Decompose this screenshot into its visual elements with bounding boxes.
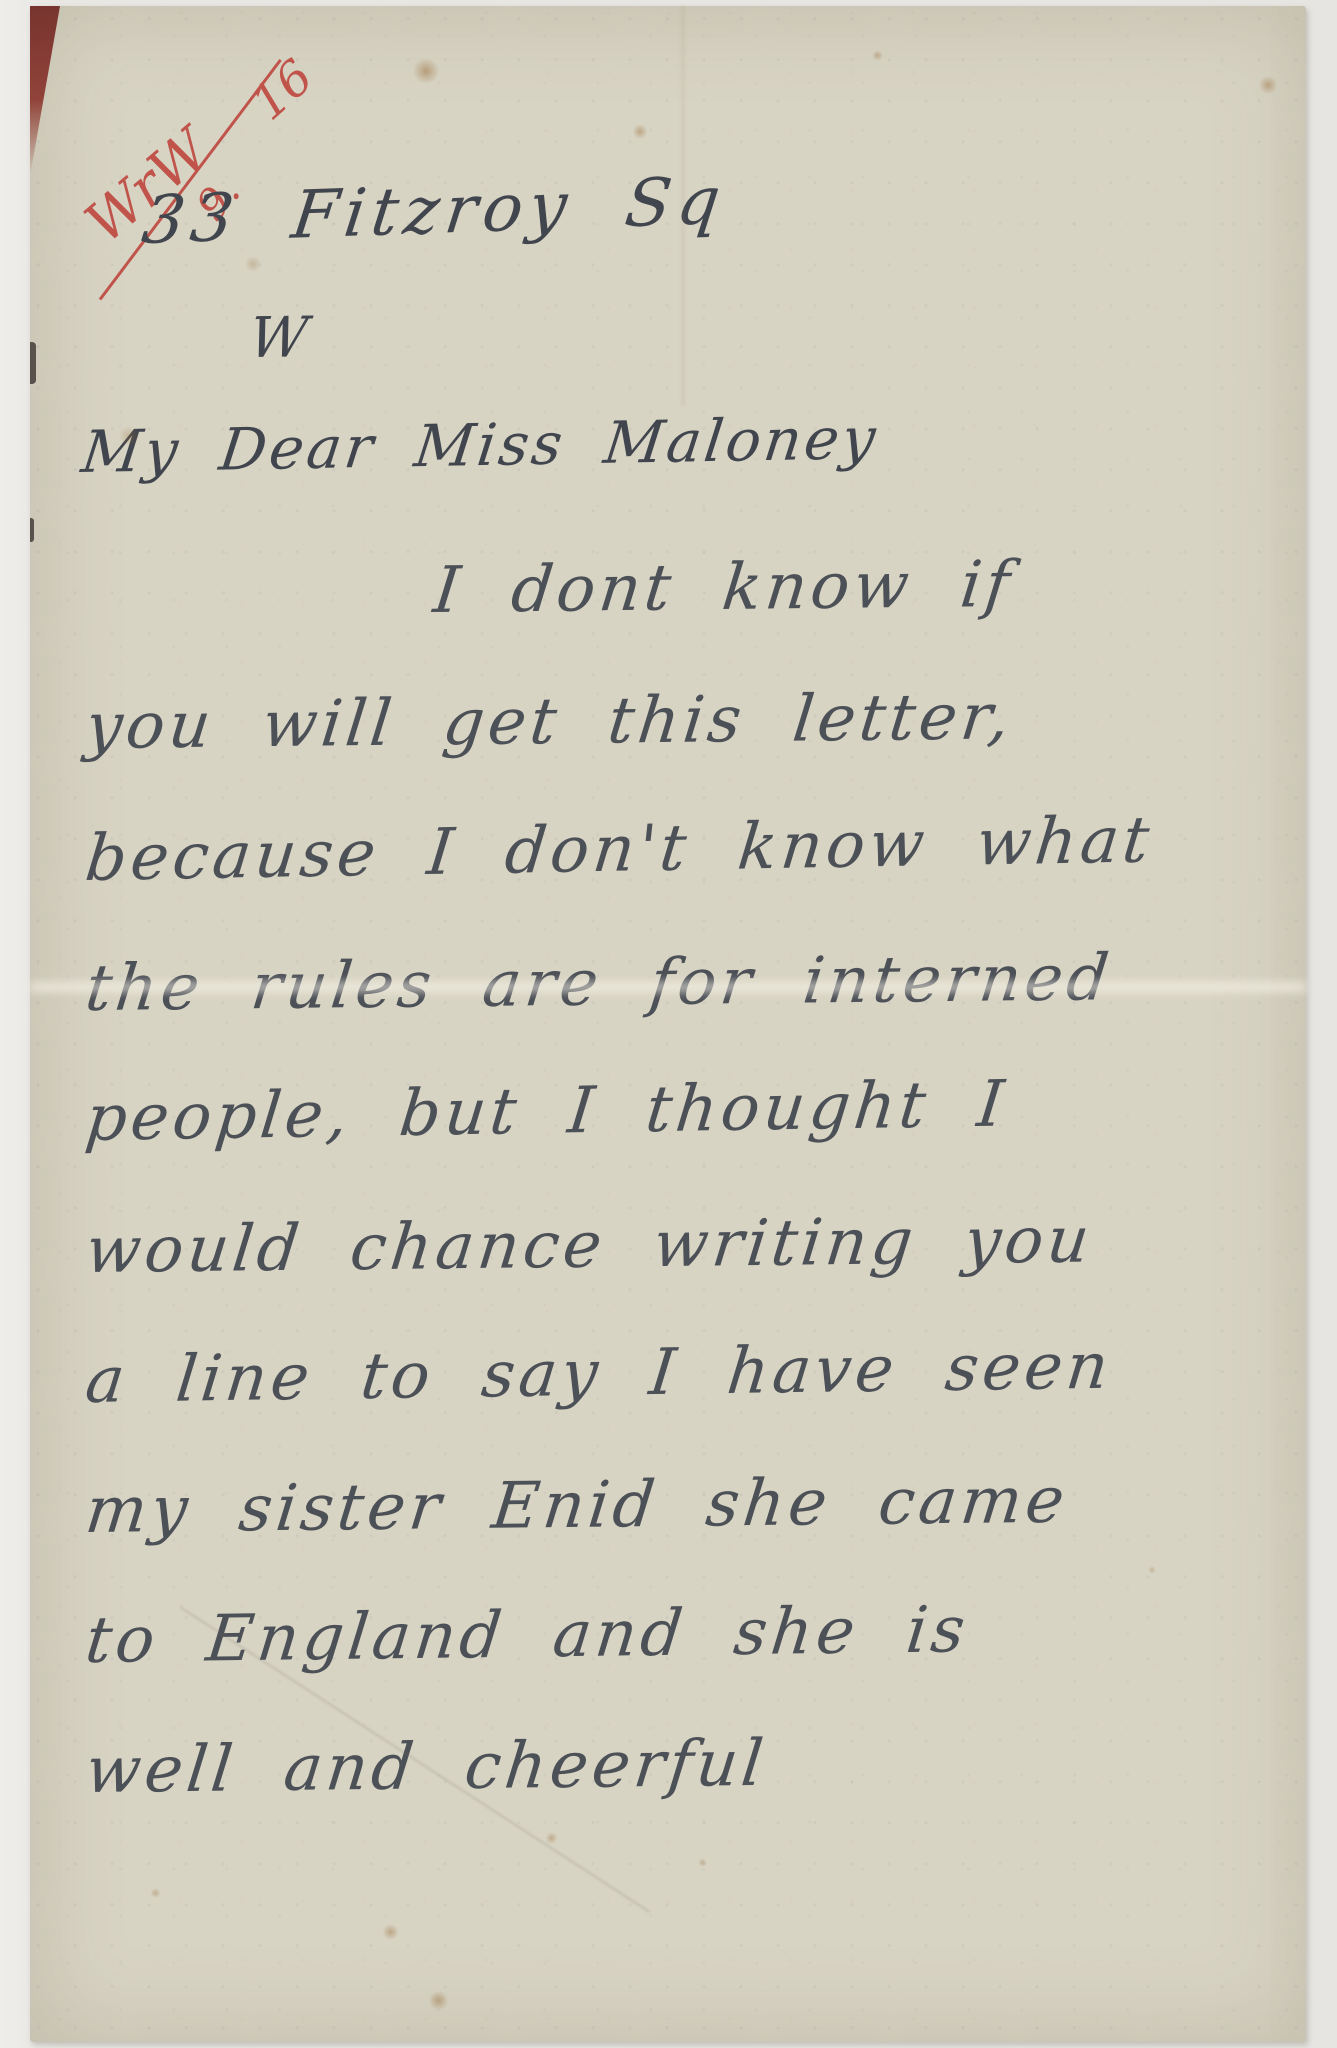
body-line-9: to England and she is — [82, 1593, 972, 1678]
page-corner-artifact — [30, 6, 60, 176]
body-line-6: would chance writing you — [82, 1203, 1097, 1288]
stain-spot — [412, 58, 440, 84]
scanned-letter-page: WrW 9. 16 33 Fitzroy Sq W My Dear Miss M… — [0, 0, 1337, 2048]
salutation: My Dear Miss Maloney — [78, 404, 882, 486]
stain-spot — [1148, 1566, 1156, 1574]
vertical-fold-crease — [682, 6, 684, 406]
body-line-8: my sister Enid she came — [82, 1464, 1072, 1548]
stain-spot — [872, 50, 883, 61]
stain-spot — [698, 1858, 707, 1867]
stain-spot — [545, 1832, 558, 1844]
edge-mark — [30, 342, 36, 384]
stain-spot — [382, 1924, 399, 1940]
stain-spot — [150, 1888, 161, 1898]
body-line-1: I dont know if — [430, 548, 1017, 628]
body-line-2: you will get this letter, — [82, 680, 1017, 764]
edge-mark — [30, 518, 34, 542]
body-line-3: because I don't know what — [82, 803, 1157, 896]
stain-spot — [1258, 76, 1278, 94]
body-line-7: a line to say I have seen — [82, 1330, 1116, 1418]
annotation-year: 16 — [241, 49, 324, 131]
body-line-5: people, but I thought I — [82, 1068, 1011, 1156]
letter-paper: WrW 9. 16 33 Fitzroy Sq W My Dear Miss M… — [30, 6, 1306, 2042]
horizontal-fold-crease — [30, 981, 1306, 993]
stain-spot — [428, 1991, 449, 2010]
address-district: W — [246, 305, 311, 371]
stain-spot — [632, 124, 648, 139]
